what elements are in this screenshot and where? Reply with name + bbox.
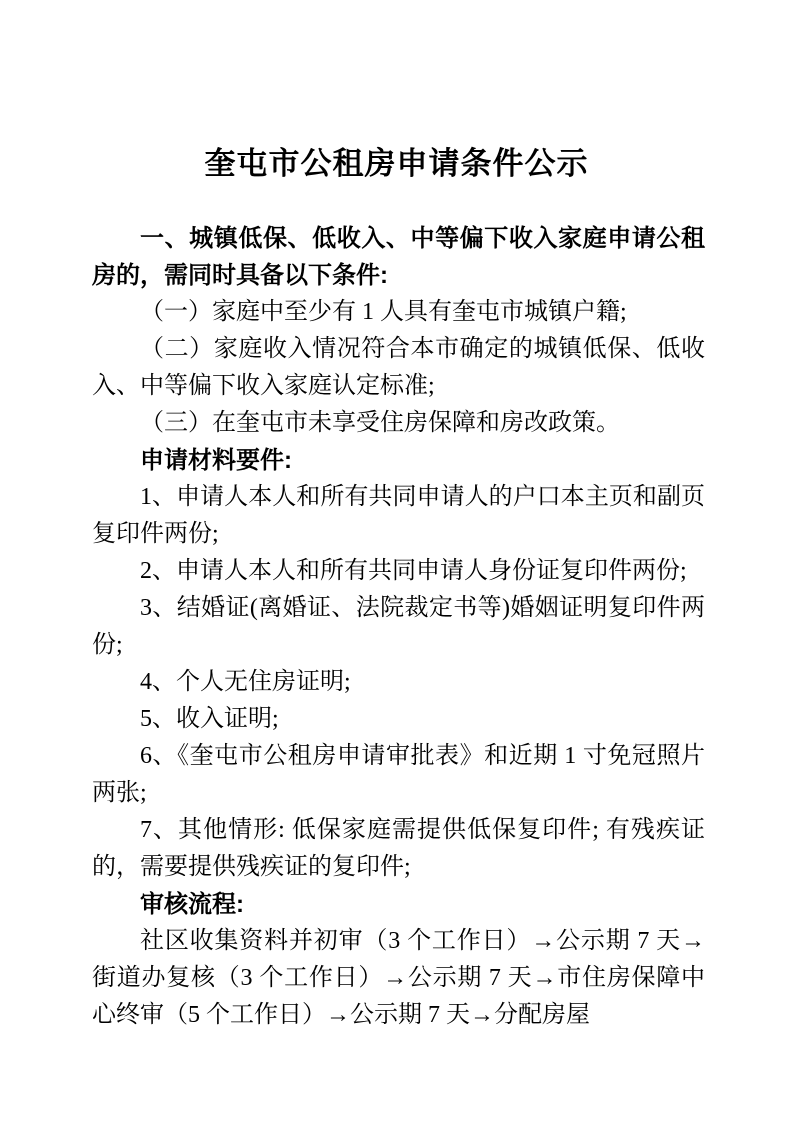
material-item-1: 1、申请人本人和所有共同申请人的户口本主页和副页复印件两份; bbox=[92, 479, 705, 553]
process-heading: 审核流程: bbox=[92, 886, 705, 923]
material-item-4: 4、个人无住房证明; bbox=[92, 664, 705, 701]
material-item-3: 3、结婚证(离婚证、法院裁定书等)婚姻证明复印件两份; bbox=[92, 590, 705, 664]
materials-heading: 申请材料要件: bbox=[92, 442, 705, 479]
condition-item-3: （三）在奎屯市未享受住房保障和房改政策。 bbox=[92, 405, 705, 442]
material-item-5: 5、收入证明; bbox=[92, 701, 705, 738]
process-flow: 社区收集资料并初审（3 个工作日）→公示期 7 天→街道办复核（3 个工作日）→… bbox=[92, 923, 705, 1034]
section-1-heading: 一、城镇低保、低收入、中等偏下收入家庭申请公租房的，需同时具备以下条件: bbox=[92, 220, 705, 294]
page-title: 奎屯市公租房申请条件公示 bbox=[0, 0, 793, 184]
material-item-2: 2、申请人本人和所有共同申请人身份证复印件两份; bbox=[92, 553, 705, 590]
document-page: 奎屯市公租房申请条件公示 一、城镇低保、低收入、中等偏下收入家庭申请公租房的，需… bbox=[0, 0, 793, 1122]
condition-item-1: （一）家庭中至少有 1 人具有奎屯市城镇户籍; bbox=[92, 294, 705, 331]
material-item-7: 7、其他情形: 低保家庭需提供低保复印件; 有残疾证的，需要提供残疾证的复印件; bbox=[92, 812, 705, 886]
document-body: 一、城镇低保、低收入、中等偏下收入家庭申请公租房的，需同时具备以下条件:（一）家… bbox=[92, 220, 705, 1034]
condition-item-2: （二）家庭收入情况符合本市确定的城镇低保、低收入、中等偏下收入家庭认定标准; bbox=[92, 331, 705, 405]
material-item-6: 6、《奎屯市公租房申请审批表》和近期 1 寸免冠照片两张; bbox=[92, 738, 705, 812]
